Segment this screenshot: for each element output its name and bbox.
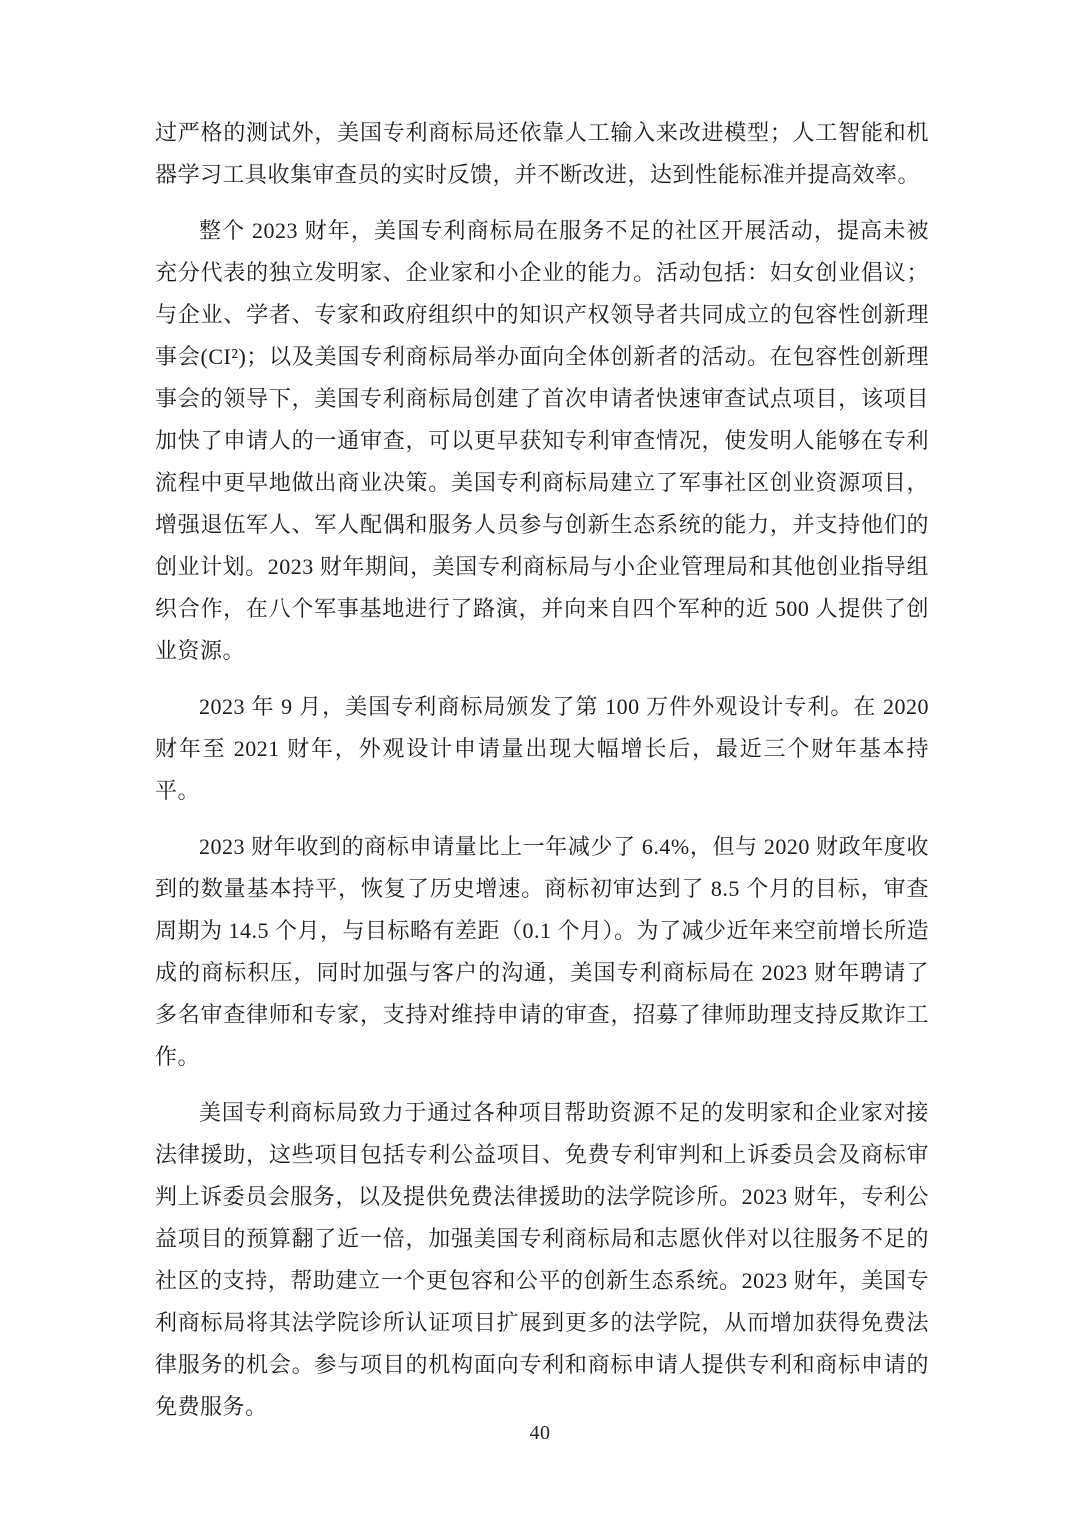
paragraph-continuation: 过严格的测试外，美国专利商标局还依靠人工输入来改进模型；人工智能和机器学习工具收… <box>155 112 929 196</box>
page-content: 过严格的测试外，美国专利商标局还依靠人工输入来改进模型；人工智能和机器学习工具收… <box>155 112 929 1442</box>
page-number: 40 <box>530 1422 551 1444</box>
paragraph-community-outreach: 整个 2023 财年，美国专利商标局在服务不足的社区开展活动，提高未被充分代表的… <box>155 210 929 672</box>
paragraph-design-patent: 2023 年 9 月，美国专利商标局颁发了第 100 万件外观设计专利。在 20… <box>155 686 929 812</box>
page-footer: 40 <box>0 1422 1080 1445</box>
paragraph-legal-aid-programs: 美国专利商标局致力于通过各种项目帮助资源不足的发明家和企业家对接法律援助，这些项… <box>155 1092 929 1428</box>
paragraph-trademark-filings: 2023 财年收到的商标申请量比上一年减少了 6.4%，但与 2020 财政年度… <box>155 826 929 1078</box>
document-page: 过严格的测试外，美国专利商标局还依靠人工输入来改进模型；人工智能和机器学习工具收… <box>0 0 1080 1528</box>
